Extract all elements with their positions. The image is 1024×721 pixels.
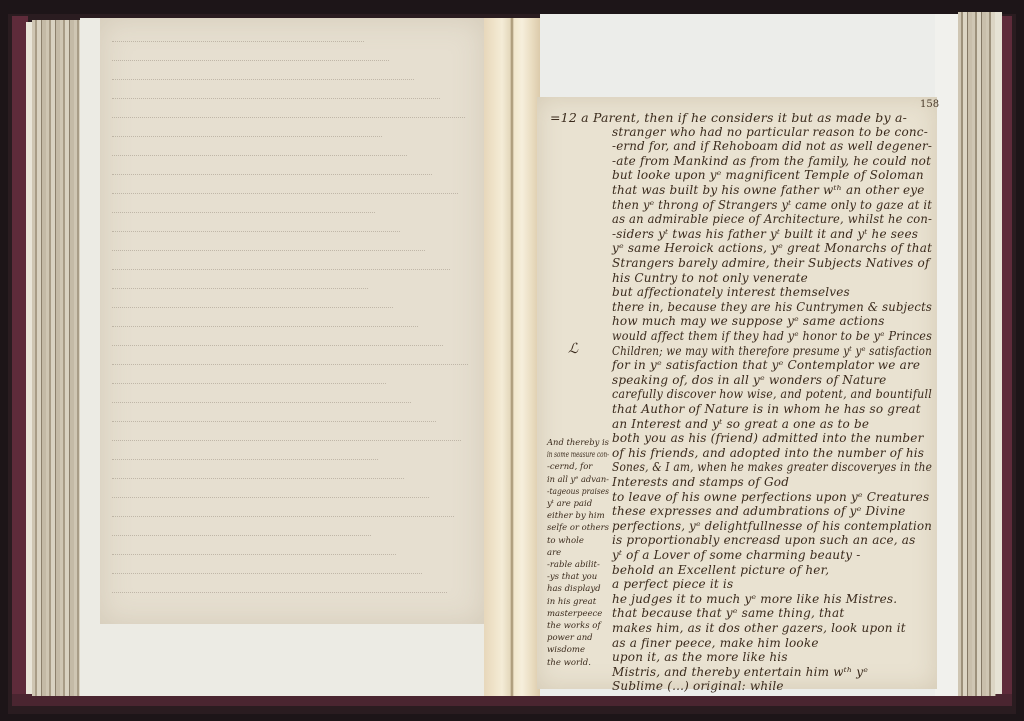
manuscript-line: Interests and stamps of God (612, 475, 789, 489)
bleedthrough-line (112, 553, 396, 555)
margin-mark-symbol: ℒ (568, 341, 578, 357)
manuscript-line: but looke upon yᵉ magnificent Temple of … (612, 168, 924, 182)
margin-note-line: -rable abilit- (547, 560, 600, 570)
manuscript-line: that was built by his owne father wᵗʰ an… (612, 183, 925, 197)
bleedthrough-line (112, 458, 378, 460)
bleedthrough-line (112, 382, 386, 384)
bleedthrough-line (112, 59, 389, 61)
margin-note-line: the world. (547, 658, 591, 668)
bleedthrough-line (112, 591, 447, 593)
left-page-edges-stack (32, 20, 82, 696)
manuscript-line: as a finer peece, make him looke (612, 636, 819, 650)
bleedthrough-line (112, 401, 411, 403)
bleedthrough-line (112, 363, 468, 365)
right-flyleaf-strip (995, 12, 1002, 694)
margin-note-line: -cernd, for (547, 462, 592, 472)
manuscript-line: Sones, & I am, when he makes greater dis… (612, 460, 932, 474)
margin-note-line: wisdome (547, 645, 585, 655)
manuscript-line: -siders yᵗ twas his father yᵗ built it a… (612, 227, 918, 241)
manuscript-line: but affectionately interest themselves (612, 285, 850, 299)
bleedthrough-line (112, 496, 429, 498)
bleedthrough-line (112, 230, 400, 232)
bleedthrough-line (112, 97, 440, 99)
manuscript-line: to leave of his owne perfections upon yᵉ… (612, 490, 929, 504)
right-page-edges-stack (958, 12, 996, 696)
manuscript-line: these expresses and adumbrations of yᵉ D… (612, 504, 906, 518)
folio-number: 158 (920, 99, 939, 110)
bleedthrough-line (112, 572, 422, 574)
manuscript-line: an Interest and yᵗ so great a one as to … (612, 417, 869, 431)
margin-note-line: selfe or others (547, 523, 609, 533)
margin-note-line: power and (547, 633, 593, 643)
manuscript-line: is proportionably encreasd upon such an … (612, 533, 916, 547)
margin-note-line: has displayd (547, 584, 601, 594)
bleedthrough-line (112, 268, 450, 270)
bleedthrough-line (112, 439, 461, 441)
manuscript-line: Mistris, and thereby entertain him wᵗʰ y… (612, 665, 868, 679)
margin-note-line: masterpeece (547, 609, 602, 619)
bleedthrough-line (112, 40, 364, 42)
manuscript-line: Strangers barely admire, their Subjects … (612, 256, 930, 270)
manuscript-line: a perfect piece it is (612, 577, 733, 591)
book-gutter (484, 18, 540, 696)
manuscript-line: -ate from Mankind as from the family, he… (612, 154, 931, 168)
bleedthrough-line (112, 173, 432, 175)
manuscript-line: for in yᵉ satisfaction that yᵉ Contempla… (612, 358, 920, 372)
manuscript-line: there in, because they are his Cuntrymen… (612, 300, 932, 314)
margin-note-line: in all yᵉ advan- (547, 475, 609, 485)
manuscript-line: his Cuntry to not only venerate (612, 271, 808, 285)
bleedthrough-line (112, 211, 375, 213)
bleedthrough-line (112, 78, 414, 80)
manuscript-line: that because that yᵉ same thing, that (612, 606, 844, 620)
manuscript-line: carefully discover how wise, and potent,… (612, 387, 932, 401)
manuscript-line: Sublime (...) original: while (612, 679, 784, 693)
bleedthrough-line (112, 515, 454, 517)
manuscript-line: would affect them if they had yᵉ honor t… (612, 329, 932, 343)
manuscript-line: =12 a Parent, then if he considers it bu… (550, 110, 907, 125)
left-page-bleedthrough-text (112, 40, 472, 610)
bleedthrough-line (112, 344, 443, 346)
margin-note-line: And thereby is (547, 438, 609, 448)
manuscript-line: that Author of Nature is in whom he has … (612, 402, 921, 416)
manuscript-line: yᵉ same Heroick actions, yᵉ great Monarc… (612, 241, 932, 255)
margin-note-line: in his great (547, 597, 596, 607)
bleedthrough-line (112, 306, 393, 308)
manuscript-line: behold an Excellent picture of her, (612, 563, 829, 577)
margin-note-line: -tageous praises (547, 487, 609, 497)
manuscript-line: he judges it to much yᵉ more like his Mi… (612, 592, 897, 606)
manuscript-line: Children; we may with therefore presume … (612, 344, 932, 358)
margin-note-line: either by him (547, 511, 605, 521)
manuscript-line: stranger who had no particular reason to… (612, 125, 928, 139)
manuscript-line: upon it, as the more like his (612, 650, 788, 664)
manuscript-line: how much may we suppose yᵉ same actions (612, 314, 885, 328)
margin-note-line: the works of (547, 621, 601, 631)
bleedthrough-line (112, 420, 436, 422)
margin-note-line: yᵗ are paid (547, 499, 592, 509)
margin-note-line: in some measure con- (547, 450, 609, 460)
manuscript-line: perfections, yᵉ delightfullnesse of his … (612, 519, 932, 533)
manuscript-line: speaking of, dos in all yᵉ wonders of Na… (612, 373, 886, 387)
manuscript-line: yᵗ of a Lover of some charming beauty - (612, 548, 861, 562)
right-mount-margin (935, 14, 958, 696)
manuscript-line: then yᵉ throng of Strangers yᵗ came only… (612, 198, 932, 212)
manuscript-line: makes him, as it dos other gazers, look … (612, 621, 906, 635)
bleedthrough-line (112, 192, 458, 194)
margin-note-line: to whole (547, 536, 584, 546)
bleedthrough-line (112, 287, 368, 289)
manuscript-line: both you as his (friend) admitted into t… (612, 431, 924, 445)
manuscript-line: of his friends, and adopted into the num… (612, 446, 924, 460)
bleedthrough-line (112, 135, 382, 137)
bleedthrough-line (112, 116, 465, 118)
bleedthrough-line (112, 534, 371, 536)
bleedthrough-line (112, 154, 407, 156)
bleedthrough-line (112, 325, 418, 327)
bleedthrough-line (112, 249, 425, 251)
manuscript-line: as an admirable piece of Architecture, w… (612, 212, 932, 226)
bleedthrough-line (112, 477, 404, 479)
manuscript-line: -ernd for, and if Rehoboam did not as we… (612, 139, 932, 153)
margin-note-line: -ys that you (547, 572, 597, 582)
margin-note-line: are (547, 548, 561, 558)
